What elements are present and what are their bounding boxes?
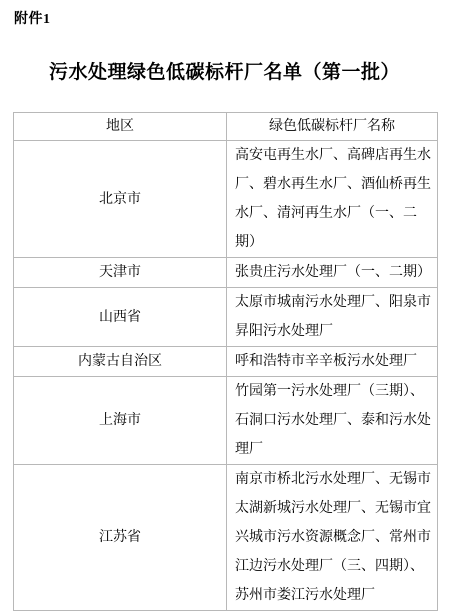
- plants-cell-shanghai: 竹园第一污水处理厂（三期）、石洞口污水处理厂、泰和污水处理厂: [227, 377, 438, 465]
- page-title: 污水处理绿色低碳标杆厂名单（第一批）: [0, 57, 449, 84]
- table-row: 江苏省 南京市桥北污水处理厂、无锡市太湖新城污水处理厂、无锡市宜兴城市污水资源概…: [14, 465, 438, 611]
- attachment-label: 附件1: [14, 8, 51, 28]
- table-row: 天津市 张贵庄污水处理厂（一、二期）: [14, 258, 438, 288]
- table-row: 北京市 高安屯再生水厂、高碑店再生水厂、碧水再生水厂、酒仙桥再生水厂、清河再生水…: [14, 141, 438, 258]
- column-header-region: 地区: [14, 113, 227, 141]
- plants-cell-neimenggu: 呼和浩特市辛辛板污水处理厂: [227, 347, 438, 377]
- column-header-plants: 绿色低碳标杆厂名称: [227, 113, 438, 141]
- region-cell-beijing: 北京市: [14, 141, 227, 258]
- plants-cell-shanxi: 太原市城南污水处理厂、阳泉市昇阳污水处理厂: [227, 288, 438, 347]
- table-row: 内蒙古自治区 呼和浩特市辛辛板污水处理厂: [14, 347, 438, 377]
- table-row: 上海市 竹园第一污水处理厂（三期）、石洞口污水处理厂、泰和污水处理厂: [14, 377, 438, 465]
- table-row: 山西省 太原市城南污水处理厂、阳泉市昇阳污水处理厂: [14, 288, 438, 347]
- region-cell-shanxi: 山西省: [14, 288, 227, 347]
- benchmark-plants-table: 地区 绿色低碳标杆厂名称 北京市 高安屯再生水厂、高碑店再生水厂、碧水再生水厂、…: [13, 112, 438, 611]
- table-header-row: 地区 绿色低碳标杆厂名称: [14, 113, 438, 141]
- region-cell-jiangsu: 江苏省: [14, 465, 227, 611]
- plants-cell-jiangsu: 南京市桥北污水处理厂、无锡市太湖新城污水处理厂、无锡市宜兴城市污水资源概念厂、常…: [227, 465, 438, 611]
- region-cell-shanghai: 上海市: [14, 377, 227, 465]
- plants-cell-beijing: 高安屯再生水厂、高碑店再生水厂、碧水再生水厂、酒仙桥再生水厂、清河再生水厂（一、…: [227, 141, 438, 258]
- plants-cell-tianjin: 张贵庄污水处理厂（一、二期）: [227, 258, 438, 288]
- region-cell-tianjin: 天津市: [14, 258, 227, 288]
- region-cell-neimenggu: 内蒙古自治区: [14, 347, 227, 377]
